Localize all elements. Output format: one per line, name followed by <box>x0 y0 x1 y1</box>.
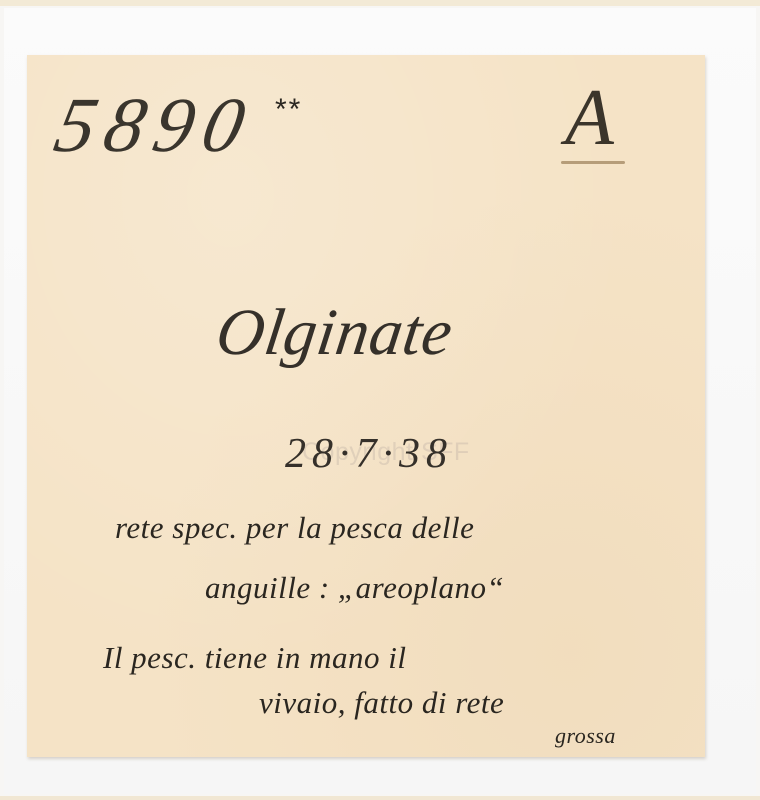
note-line-3: Il pesc. tiene in mano il <box>103 640 407 676</box>
bottom-edge-strip <box>0 796 760 800</box>
note-line-5: grossa <box>555 723 616 749</box>
note-line-2: anguille : „areoplano“ <box>205 570 504 606</box>
note-line-4: vivaio, fatto di rete <box>259 685 504 721</box>
letter-mark: A <box>565 73 614 164</box>
catalog-stars: ** <box>275 93 302 127</box>
top-edge-strip <box>0 0 760 6</box>
location-name: Olginate <box>212 295 458 371</box>
letter-mark-underline <box>561 161 625 164</box>
specimen-label-paper: 5890 ** A Olginate Copyright SFF 28·7·38… <box>27 55 705 757</box>
date: 28·7·38 <box>285 430 453 478</box>
note-line-1: rete spec. per la pesca delle <box>115 510 474 546</box>
catalog-number: 5890 <box>47 80 262 170</box>
